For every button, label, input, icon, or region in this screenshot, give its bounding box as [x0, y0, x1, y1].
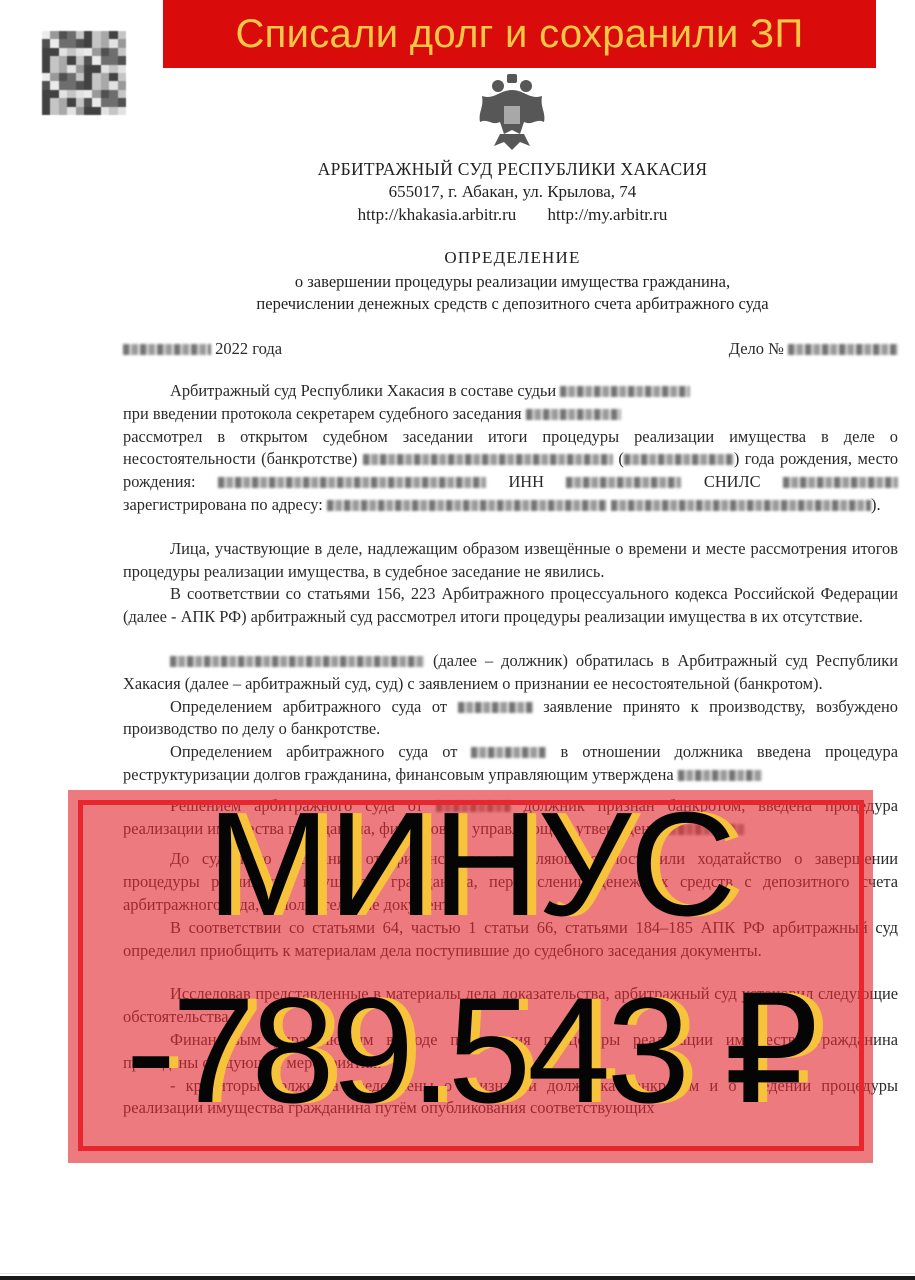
- divider: [0, 1273, 915, 1274]
- paragraph: при введении протокола секретарем судебн…: [123, 403, 898, 426]
- document-date: 2022 года: [123, 339, 282, 359]
- paragraph: Арбитражный суд Республики Хакасия в сос…: [123, 380, 898, 403]
- qr-code-icon: [42, 31, 126, 115]
- paragraph: В соответствии со статьями 156, 223 Арби…: [123, 583, 898, 629]
- paragraph: Лица, участвующие в деле, надлежащим обр…: [123, 538, 898, 584]
- court-links: http://khakasia.arbitr.ru http://my.arbi…: [0, 205, 915, 225]
- document-subtitle-2: перечислении денежных средств с депозитн…: [0, 294, 915, 314]
- document-subtitle-1: о завершении процедуры реализации имущес…: [0, 272, 915, 292]
- banner-text: Списали долг и сохранили ЗП: [235, 12, 803, 57]
- promo-banner: Списали долг и сохранили ЗП: [163, 0, 876, 68]
- coat-of-arms-icon: [474, 72, 550, 152]
- court-site-link[interactable]: http://khakasia.arbitr.ru: [358, 205, 517, 224]
- court-name: АРБИТРАЖНЫЙ СУД РЕСПУБЛИКИ ХАКАСИЯ: [0, 159, 915, 180]
- date-case-line: 2022 года Дело №: [123, 339, 898, 359]
- redacted-date: [123, 344, 211, 355]
- bottom-edge: [0, 1276, 915, 1280]
- document-title: ОПРЕДЕЛЕНИЕ: [0, 248, 915, 268]
- overlay-headline: МИНУС: [68, 790, 873, 940]
- case-number: Дело №: [729, 339, 898, 359]
- redacted-case-number: [788, 344, 898, 355]
- overlay-amount: -789.543 ₽: [68, 960, 873, 1140]
- paragraph: Определением арбитражного суда от заявле…: [123, 696, 898, 742]
- paragraph: Определением арбитражного суда от в отно…: [123, 741, 898, 787]
- paragraph: (далее – должник) обратилась в Арбитражн…: [123, 650, 898, 696]
- court-address: 655017, г. Абакан, ул. Крылова, 74: [0, 182, 915, 202]
- my-arbitr-link[interactable]: http://my.arbitr.ru: [548, 205, 668, 224]
- paragraph: рассмотрел в открытом судебном заседании…: [123, 426, 898, 517]
